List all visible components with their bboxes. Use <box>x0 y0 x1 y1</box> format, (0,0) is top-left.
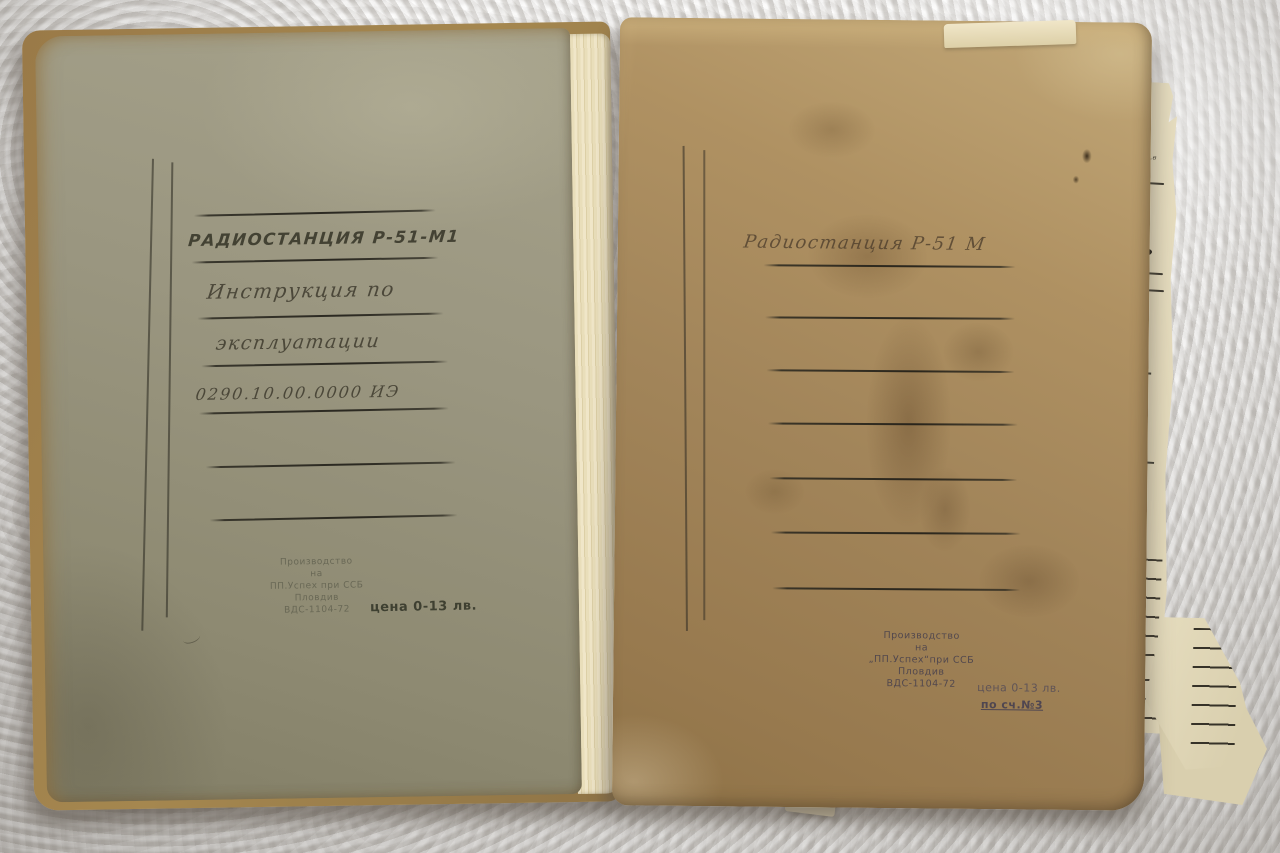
ruled-line <box>201 361 448 368</box>
ruled-line <box>194 209 436 216</box>
ruled-line <box>768 422 1018 425</box>
ruled-line <box>764 264 1016 268</box>
margin-line <box>703 150 705 620</box>
photo-two-vintage-booklets: 15 блок.в Ф-ч 05Ж3 0,95 5К5.В Ф-ч+ 05Ж3 … <box>0 0 1280 853</box>
margin-line <box>166 162 174 617</box>
ruled-line <box>206 461 456 468</box>
ruled-line <box>771 531 1021 534</box>
cover-stains <box>612 17 1152 811</box>
handwritten-line: Инструкция по <box>206 277 397 304</box>
pencil-scribble <box>181 630 201 645</box>
right-booklet: Радиостанция Р-51 М Производство на „ПП.… <box>612 17 1152 811</box>
ruled-line <box>772 587 1020 591</box>
margin-line <box>141 159 154 631</box>
margin-line <box>683 146 688 631</box>
price-stamp: цена 0-13 лв. <box>977 681 1061 695</box>
handwritten-code: 0290.10.00.0000 ИЭ <box>194 382 401 404</box>
left-booklet: РАДИОСТАНЦИЯ Р-51-М1 Инструкция по экспл… <box>22 21 622 810</box>
ruled-line <box>210 514 458 521</box>
handwritten-line: эксплуатации <box>214 330 381 355</box>
price-stamp: цена 0-13 лв. <box>370 599 477 616</box>
page-edges-top <box>944 20 1077 48</box>
ruled-line <box>769 477 1017 481</box>
handwritten-title: РАДИОСТАНЦИЯ Р-51-М1 <box>187 227 460 250</box>
handwritten-title: Радиостанция Р-51 М <box>742 232 987 256</box>
ruled-line <box>197 312 443 319</box>
ruled-line <box>765 316 1015 319</box>
left-booklet-cover: РАДИОСТАНЦИЯ Р-51-М1 Инструкция по экспл… <box>35 28 582 802</box>
ruled-line <box>192 257 439 264</box>
ruled-line <box>766 369 1014 373</box>
ruled-line <box>199 407 449 414</box>
account-stamp: по сч.№3 <box>981 698 1043 712</box>
